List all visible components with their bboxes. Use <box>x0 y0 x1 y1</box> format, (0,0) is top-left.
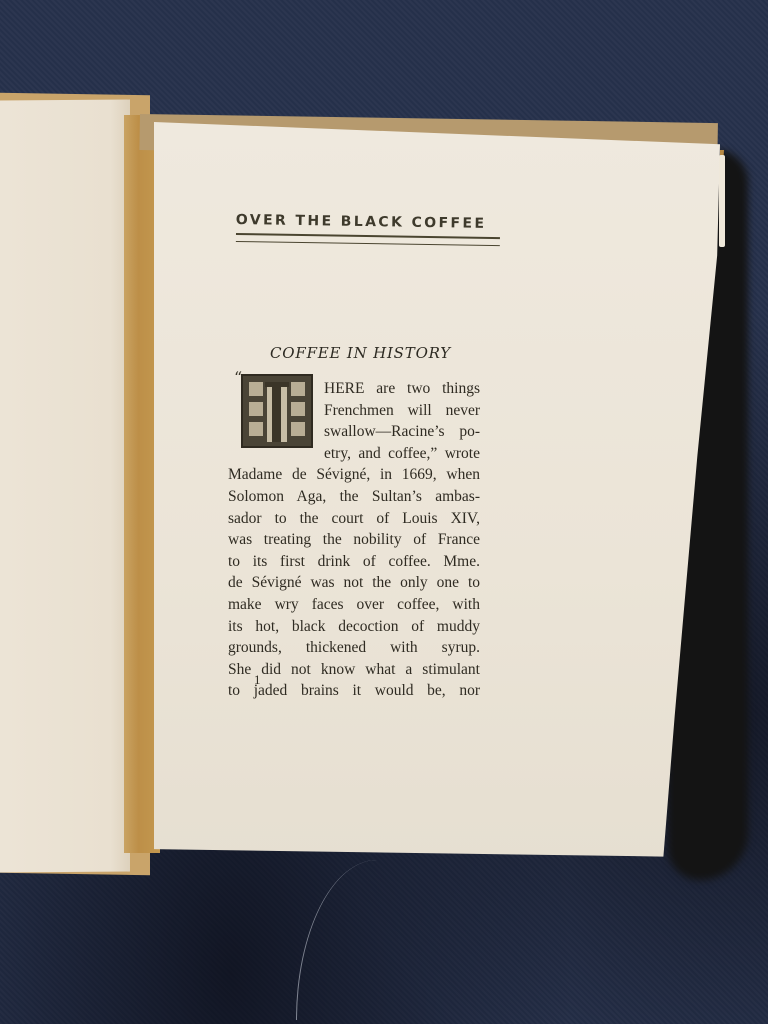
body-line: Frenchmen will never <box>228 400 480 422</box>
page-number: 1 <box>254 672 261 688</box>
body-line: to jaded brains it would be, nor <box>228 680 480 702</box>
body-line: sador to the court of Louis XIV, <box>228 508 480 530</box>
left-page-blank <box>0 100 130 873</box>
body-line: Solomon Aga, the Sultan’s ambas- <box>228 486 480 508</box>
loose-page-sliver <box>719 155 725 247</box>
body-line: its hot, black decoction of muddy <box>228 616 480 638</box>
body-line: swallow—Racine’s po- <box>228 421 480 443</box>
chapter-title: COFFEE IN HISTORY <box>270 344 470 362</box>
body-line: was treating the nobility of France <box>228 529 480 551</box>
body-line: HERE are two things <box>228 378 480 400</box>
body-line: to its first drink of coffee. Mme. <box>228 551 480 573</box>
body-line: grounds, thickened with syrup. <box>228 637 480 659</box>
body-line: Madame de Sévigné, in 1669, when <box>228 464 480 486</box>
stray-thread <box>296 860 377 1020</box>
body-line: make wry faces over coffee, with <box>228 594 480 616</box>
body-line: de Sévigné was not the only one to <box>228 572 480 594</box>
body-line: etry, and coffee,” wrote <box>228 443 480 465</box>
body-line: She did not know what a stimulant <box>228 659 480 681</box>
body-paragraph: HERE are two things Frenchmen will never… <box>228 378 480 702</box>
